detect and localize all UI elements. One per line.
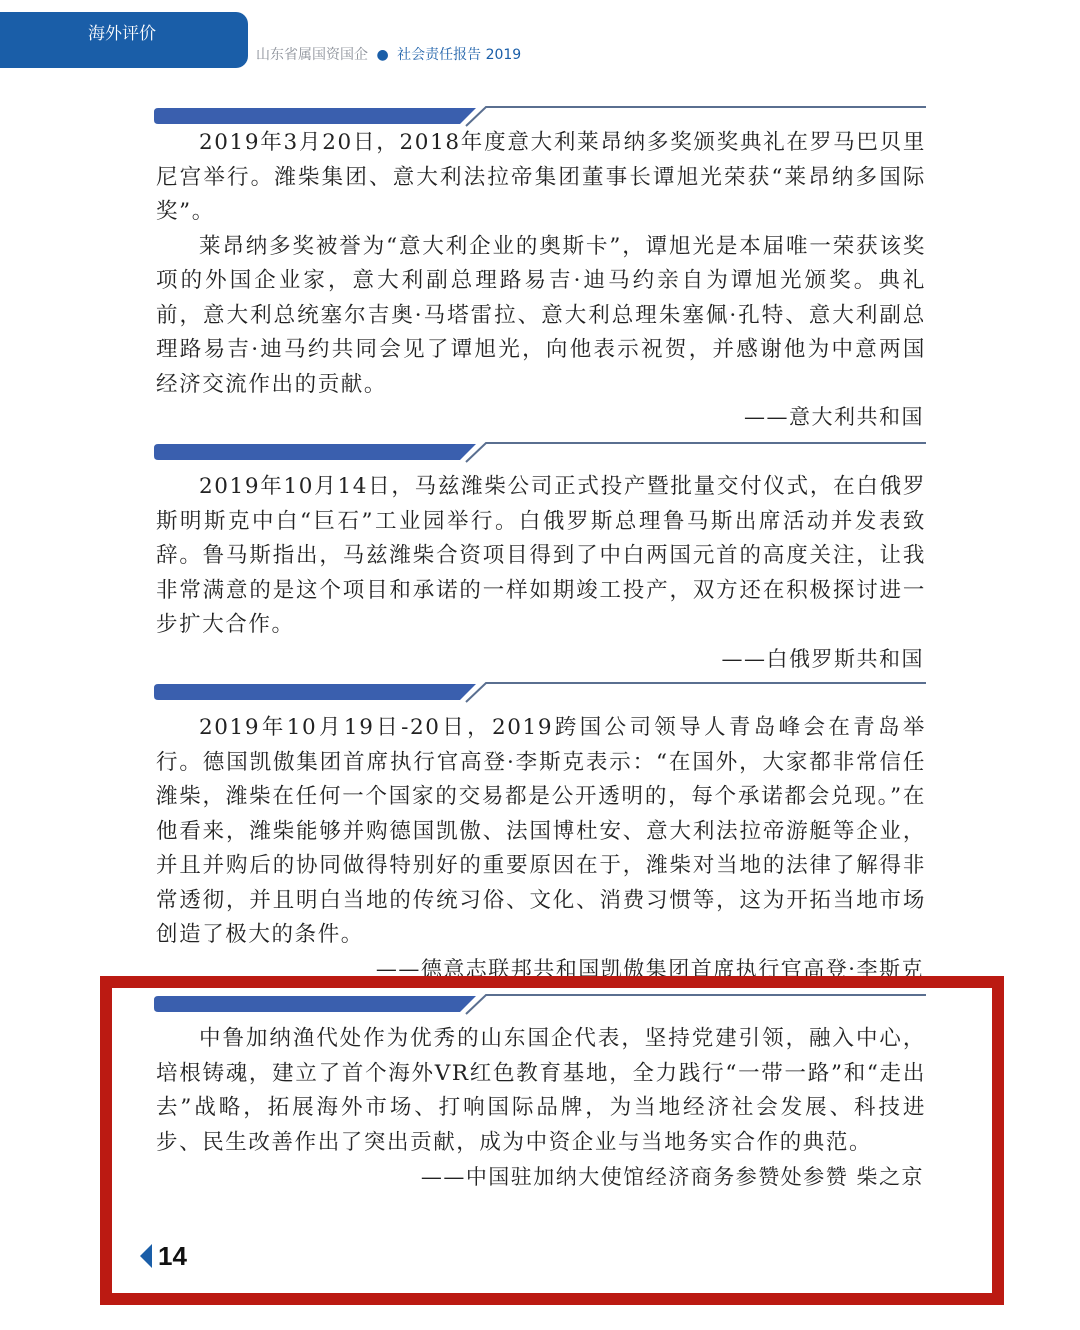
subtitle-left: 山东省属国资国企 <box>256 47 368 63</box>
section-4-body: 中鲁加纳渔代处作为优秀的山东国企代表，坚持党建引领，融入中心，培根铸魂，建立了首… <box>156 1022 926 1160</box>
section-1-body: 2019年3月20日，2018年度意大利莱昂纳多奖颁奖典礼在罗马巴贝里尼宫举行。… <box>156 126 926 402</box>
section-2-signature: ——白俄罗斯共和国 <box>722 642 925 676</box>
section-tab: 海外评价 <box>0 12 248 68</box>
paragraph: 中鲁加纳渔代处作为优秀的山东国企代表，坚持党建引领，融入中心，培根铸魂，建立了首… <box>156 1022 926 1160</box>
section-2-body: 2019年10月14日，马兹潍柴公司正式投产暨批量交付仪式，在白俄罗斯明斯克中白… <box>156 470 926 643</box>
paragraph: 2019年10月14日，马兹潍柴公司正式投产暨批量交付仪式，在白俄罗斯明斯克中白… <box>156 470 926 643</box>
paragraph: 2019年3月20日，2018年度意大利莱昂纳多奖颁奖典礼在罗马巴贝里尼宫举行。… <box>156 126 926 230</box>
triangle-left-icon <box>140 1244 152 1268</box>
section-4-signature: ——中国驻加纳大使馆经济商务参赞处参赞 柴之京 <box>421 1160 924 1194</box>
section-divider <box>154 992 926 1016</box>
page-number-label: 14 <box>158 1241 187 1272</box>
section-tab-label: 海外评价 <box>88 24 156 44</box>
paragraph: 2019年10月19日-20日，2019跨国公司领导人青岛峰会在青岛举行。德国凯… <box>156 711 926 953</box>
page-number: 14 <box>140 1240 187 1272</box>
section-3-body: 2019年10月19日-20日，2019跨国公司领导人青岛峰会在青岛举行。德国凯… <box>156 711 926 953</box>
section-divider <box>154 440 926 464</box>
section-divider <box>154 104 926 128</box>
subtitle-separator: ● <box>376 47 388 63</box>
subtitle-right: 社会责任报告 2019 <box>397 47 521 63</box>
report-subtitle: 山东省属国资国企 ● 社会责任报告 2019 <box>256 44 521 64</box>
paragraph: 莱昂纳多奖被誉为“意大利企业的奥斯卡”，谭旭光是本届唯一荣获该奖项的外国企业家，… <box>156 230 926 403</box>
section-divider <box>154 680 926 704</box>
section-1-signature: ——意大利共和国 <box>744 400 924 434</box>
